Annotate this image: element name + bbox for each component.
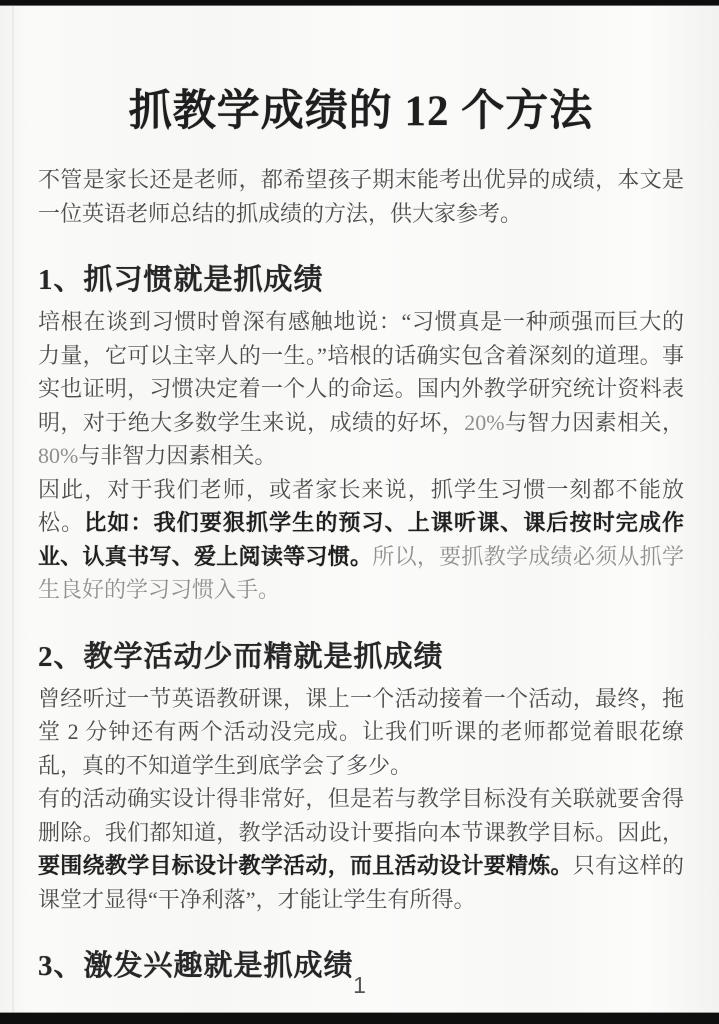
- article-section: 1、抓习惯就是抓成绩培根在谈到习惯时曾深有感触地说：“习惯真是一种顽强而巨大的力…: [38, 260, 684, 607]
- text-segment-normal: 曾经听过一节英语教研课，课上一个活动接着一个活动，最终，拖堂 2 分钟还有两个活…: [38, 686, 684, 778]
- text-segment-normal: 有的活动确实设计得非常好，但是若与教学目标没有关联就要舍得删除。我们都知道，教学…: [38, 786, 684, 845]
- body-paragraph: 因此，对于我们老师，或者家长来说，抓学生习惯一刻都不能放松。比如：我们要狠抓学生…: [38, 473, 684, 607]
- text-segment-light: 80%: [38, 443, 78, 468]
- letterbox-top-bar: [0, 0, 719, 6]
- body-paragraph: 有的活动确实设计得非常好，但是若与教学目标没有关联就要舍得删除。我们都知道，教学…: [38, 782, 684, 916]
- letterbox-bottom-bar: [0, 1012, 719, 1024]
- text-segment-light: 20%: [464, 410, 504, 435]
- section-heading: 1、抓习惯就是抓成绩: [38, 260, 684, 300]
- text-segment-normal: 与智力因素相关，: [505, 410, 684, 435]
- document-body: 1、抓习惯就是抓成绩培根在谈到习惯时曾深有感触地说：“习惯真是一种顽强而巨大的力…: [38, 260, 684, 986]
- text-segment-bold: 要围绕教学目标设计教学活动，而且活动设计要精炼。: [38, 853, 573, 878]
- body-paragraph: 曾经听过一节英语教研课，课上一个活动接着一个活动，最终，拖堂 2 分钟还有两个活…: [38, 682, 684, 783]
- section-heading: 2、教学活动少而精就是抓成绩: [38, 637, 684, 677]
- article-section: 2、教学活动少而精就是抓成绩曾经听过一节英语教研课，课上一个活动接着一个活动，最…: [38, 637, 684, 917]
- page-content: 抓教学成绩的 12 个方法 不管是家长还是老师，都希望孩子期末能考出优异的成绩，…: [0, 5, 719, 1013]
- page-title: 抓教学成绩的 12 个方法: [38, 83, 684, 141]
- page-number: 1: [0, 972, 719, 999]
- text-segment-normal: 与非智力因素相关。: [78, 443, 276, 468]
- intro-paragraph: 不管是家长还是老师，都希望孩子期末能考出优异的成绩，本文是一位英语老师总结的抓成…: [38, 163, 684, 230]
- body-paragraph: 培根在谈到习惯时曾深有感触地说：“习惯真是一种顽强而巨大的力量，它可以主宰人的一…: [38, 305, 684, 473]
- document-page: 抓教学成绩的 12 个方法 不管是家长还是老师，都希望孩子期末能考出优异的成绩，…: [0, 5, 719, 1013]
